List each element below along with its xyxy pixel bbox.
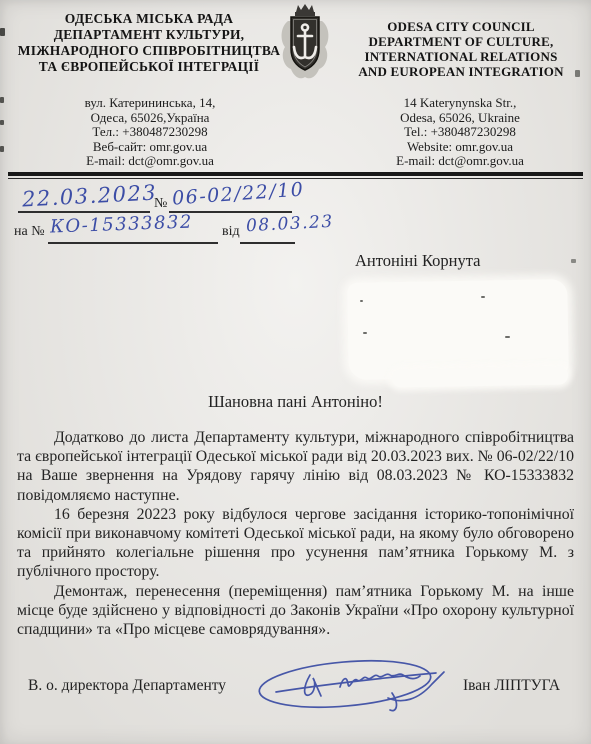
contact-block-english: 14 Katerynynska Str., Odesa, 65026, Ukra… bbox=[345, 96, 575, 169]
contact-uk-street: вул. Катерининська, 14, bbox=[35, 96, 265, 111]
body-paragraph: Додатково до листа Департаменту культури… bbox=[17, 428, 574, 505]
scan-artifact bbox=[575, 70, 580, 77]
ref-from-label: від bbox=[222, 224, 240, 240]
scan-artifact bbox=[360, 300, 363, 302]
contact-en-phone: Tel.: +380487230298 bbox=[345, 125, 575, 140]
handwritten-incoming-date: 08.03.23 bbox=[246, 212, 335, 237]
salutation: Шановна пані Антоніно! bbox=[0, 392, 591, 412]
body-paragraph: 16 березня 20223 року відбулося чергове … bbox=[17, 505, 574, 582]
org-uk-line: ОДЕСЬКА МІСЬКА РАДА bbox=[10, 11, 288, 27]
org-uk-line: ТА ЄВРОПЕЙСЬКОЇ ІНТЕГРАЦІЇ bbox=[10, 59, 288, 75]
contact-en-website: Website: omr.gov.ua bbox=[345, 140, 575, 155]
scanned-letter-page: ОДЕСЬКА МІСЬКА РАДА ДЕПАРТАМЕНТ КУЛЬТУРИ… bbox=[0, 0, 591, 744]
contact-uk-phone: Тел.: +380487230298 bbox=[35, 125, 265, 140]
contact-en-city: Odesa, 65026, Ukraine bbox=[345, 111, 575, 126]
contact-uk-email: E-mail: dct@omr.gov.ua bbox=[35, 154, 265, 169]
contact-uk-website: Веб-сайт: omr.gov.ua bbox=[35, 140, 265, 155]
redaction-overlay bbox=[392, 366, 568, 387]
scan-artifact bbox=[571, 259, 576, 263]
org-uk-line: ДЕПАРТАМЕНТ КУЛЬТУРИ, bbox=[10, 27, 288, 43]
body-paragraph: Демонтаж, перенесення (переміщення) пам’… bbox=[17, 582, 574, 640]
ref-underline bbox=[240, 242, 295, 244]
scan-artifact bbox=[505, 336, 510, 338]
letter-body: Додатково до листа Департаменту культури… bbox=[17, 428, 574, 639]
scan-artifact bbox=[481, 296, 485, 298]
ref-incoming-label: на № bbox=[14, 224, 45, 240]
letterhead-divider-thick bbox=[8, 172, 583, 176]
contact-uk-city: Одеса, 65026,Україна bbox=[35, 111, 265, 126]
redaction-overlay bbox=[347, 279, 569, 380]
scan-artifact bbox=[0, 97, 4, 103]
scan-artifact bbox=[0, 146, 4, 152]
handwritten-signature-icon bbox=[240, 651, 475, 717]
org-uk-line: МІЖНАРОДНОГО СПІВРОБІТНИЦТВА bbox=[10, 43, 288, 59]
handwritten-incoming-number: КО-15333832 bbox=[50, 212, 194, 238]
handwritten-outgoing-date: 22.03.2023 bbox=[21, 180, 157, 211]
contact-block-ukrainian: вул. Катерининська, 14, Одеса, 65026,Укр… bbox=[35, 96, 265, 169]
org-en-line: INTERNATIONAL RELATIONS bbox=[336, 49, 586, 64]
contact-en-email: E-mail: dct@omr.gov.ua bbox=[345, 154, 575, 169]
ref-underline bbox=[48, 242, 218, 244]
signer-title: В. о. директора Департаменту bbox=[28, 677, 226, 695]
odesa-coat-of-arms-icon bbox=[279, 3, 331, 85]
signer-name: Іван ЛІПТУГА bbox=[463, 677, 560, 695]
scan-artifact bbox=[0, 120, 4, 125]
contact-en-street: 14 Katerynynska Str., bbox=[345, 96, 575, 111]
org-name-english: ODESA CITY COUNCIL DEPARTMENT OF CULTURE… bbox=[336, 19, 586, 79]
org-name-ukrainian: ОДЕСЬКА МІСЬКА РАДА ДЕПАРТАМЕНТ КУЛЬТУРИ… bbox=[10, 11, 288, 75]
addressee-name: Антоніні Корнута bbox=[355, 251, 480, 271]
org-en-line: DEPARTMENT OF CULTURE, bbox=[336, 34, 586, 49]
org-en-line: AND EUROPEAN INTEGRATION bbox=[336, 64, 586, 79]
scan-artifact bbox=[0, 28, 5, 36]
scan-artifact bbox=[363, 332, 367, 334]
org-en-line: ODESA CITY COUNCIL bbox=[336, 19, 586, 34]
handwritten-outgoing-number: 06-02/22/10 bbox=[171, 178, 305, 209]
